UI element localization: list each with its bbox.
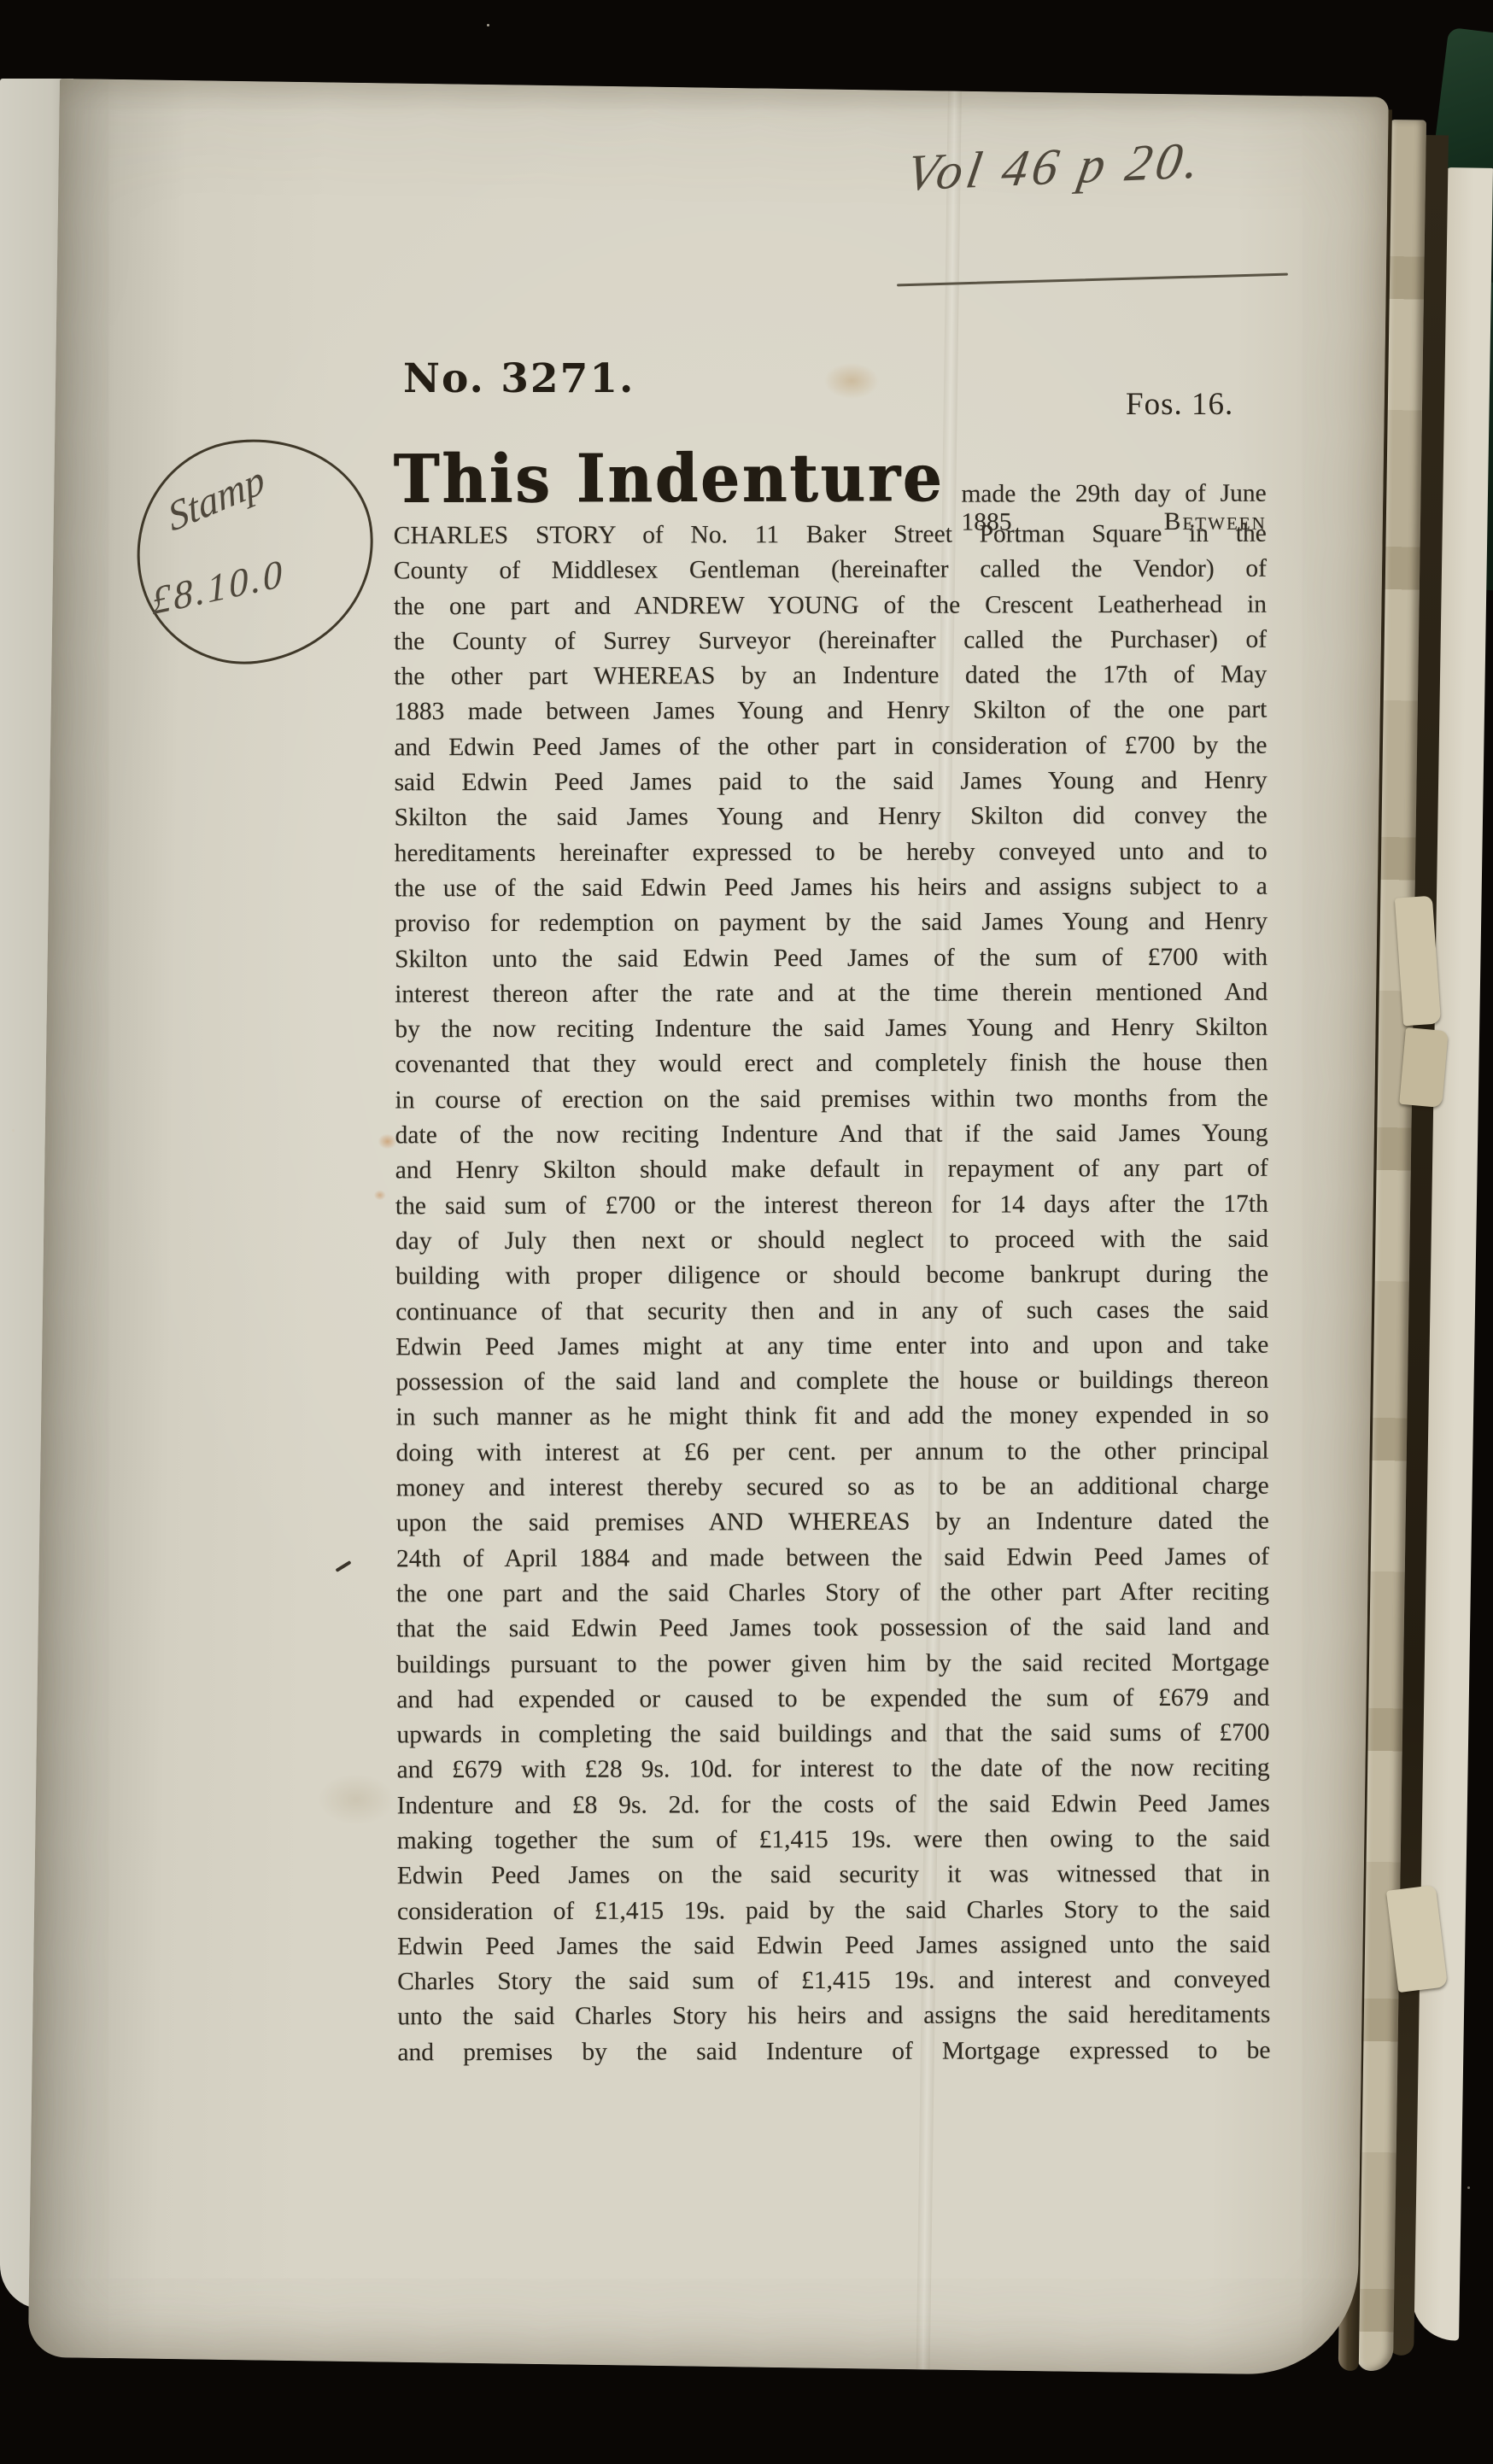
deed-line: the one part and the said Charles Story … <box>396 1575 1269 1612</box>
dust-speck <box>12 1129 15 1132</box>
deed-line: interest thereon after the rate and at t… <box>395 975 1268 1013</box>
deed-line: possession of the said land and complete… <box>395 1363 1268 1401</box>
deed-line: the other part WHEREAS by an Indenture d… <box>394 658 1267 695</box>
deed-line: buildings pursuant to the power given hi… <box>396 1645 1269 1683</box>
paper-stain <box>317 1773 395 1825</box>
deed-line: upon the said premises AND WHEREAS by an… <box>396 1504 1269 1542</box>
deed-line: consideration of £1,415 19s. paid by the… <box>397 1892 1270 1929</box>
deed-line: doing with interest at £6 per cent. per … <box>396 1433 1269 1471</box>
deed-line: and had expended or caused to be expende… <box>396 1680 1269 1718</box>
deed-line: Edwin Peed James the said Edwin Peed Jam… <box>397 1928 1270 1965</box>
deed-line: money and interest thereby secured so as… <box>396 1469 1269 1507</box>
deed-line: and Henry Skilton should make default in… <box>395 1151 1268 1189</box>
deed-line: 24th of April 1884 and made between the … <box>396 1539 1269 1577</box>
deed-line: in such manner as he might think fit and… <box>395 1398 1268 1436</box>
torn-paper-fragment <box>1399 1027 1449 1108</box>
deed-line: said Edwin Peed James paid to the said J… <box>394 764 1267 801</box>
deed-line: and Edwin Peed James of the other part i… <box>394 728 1267 765</box>
deed-line: making together the sum of £1,415 19s. w… <box>397 1822 1270 1859</box>
deed-line: hereditaments hereinafter expressed to b… <box>395 834 1268 871</box>
scanned-book-photo: Vol 46 p 20. Stamp £8.10.0 No. 3271. Fos… <box>0 0 1493 2464</box>
deed-line: and £679 with £28 9s. 10d. for interest … <box>397 1751 1270 1788</box>
deed-opening-line: This Indenture made the 29th day of June… <box>394 443 1267 519</box>
deed-line: County of Middlesex Gentleman (hereinaft… <box>394 552 1267 589</box>
deed-line: covenanted that they would erect and com… <box>395 1045 1268 1083</box>
deed-line: day of July then next or should neglect … <box>395 1222 1268 1260</box>
deed-text-block: This Indenture made the 29th day of June… <box>394 443 1271 2071</box>
deed-line: 1883 made between James Young and Henry … <box>394 693 1267 730</box>
paper-stain <box>824 363 880 400</box>
deed-line: date of the now reciting Indenture And t… <box>395 1116 1268 1154</box>
deed-line: Edwin Peed James might at any time enter… <box>395 1327 1268 1365</box>
deed-line: Charles Story the said sum of £1,415 19s… <box>397 1963 1270 2000</box>
deed-line: building with proper diligence or should… <box>395 1257 1268 1295</box>
deed-line: upwards in completing the said buildings… <box>396 1716 1269 1753</box>
deed-line: proviso for redemption on payment by the… <box>395 904 1268 942</box>
deed-line: by the now reciting Indenture the said J… <box>395 1010 1268 1048</box>
deed-number: No. 3271. <box>403 355 635 402</box>
stamp-amount: £8.10.0 <box>150 550 286 623</box>
deed-line: the said sum of £700 or the interest the… <box>395 1186 1268 1224</box>
deed-line: the one part and ANDREW YOUNG of the Cre… <box>394 587 1267 624</box>
deed-line: unto the said Charles Story his heirs an… <box>397 1998 1270 2035</box>
paper-stain <box>378 1133 397 1149</box>
folio-count: Fos. 16. <box>1126 386 1233 423</box>
deed-body-lines: CHARLES STORY of No. 11 Baker Street Por… <box>394 517 1271 2071</box>
deed-line: continuance of that security then and in… <box>395 1292 1268 1330</box>
deed-line: CHARLES STORY of No. 11 Baker Street Por… <box>394 517 1267 554</box>
dust-speck <box>487 24 489 26</box>
deed-line: Skilton the said James Young and Henry S… <box>395 799 1268 836</box>
deed-line: Edwin Peed James on the said security it… <box>397 1857 1270 1894</box>
blackletter-heading: This Indenture <box>393 438 944 518</box>
deed-line: the use of the said Edwin Peed James his… <box>395 869 1268 907</box>
deed-line: that the said Edwin Peed James took poss… <box>396 1610 1269 1648</box>
dust-speck <box>1467 2186 1470 2189</box>
deed-line: in course of erection on the said premis… <box>395 1080 1268 1118</box>
deed-line: Skilton unto the said Edwin Peed James o… <box>395 939 1268 977</box>
deed-line: Indenture and £8 9s. 2d. for the costs o… <box>397 1786 1270 1823</box>
stamp-word: Stamp <box>164 455 269 541</box>
deed-line: and premises by the said Indenture of Mo… <box>397 2033 1270 2070</box>
paper-stain <box>374 1190 386 1200</box>
deed-line: the County of Surrey Surveyor (hereinaft… <box>394 623 1267 660</box>
